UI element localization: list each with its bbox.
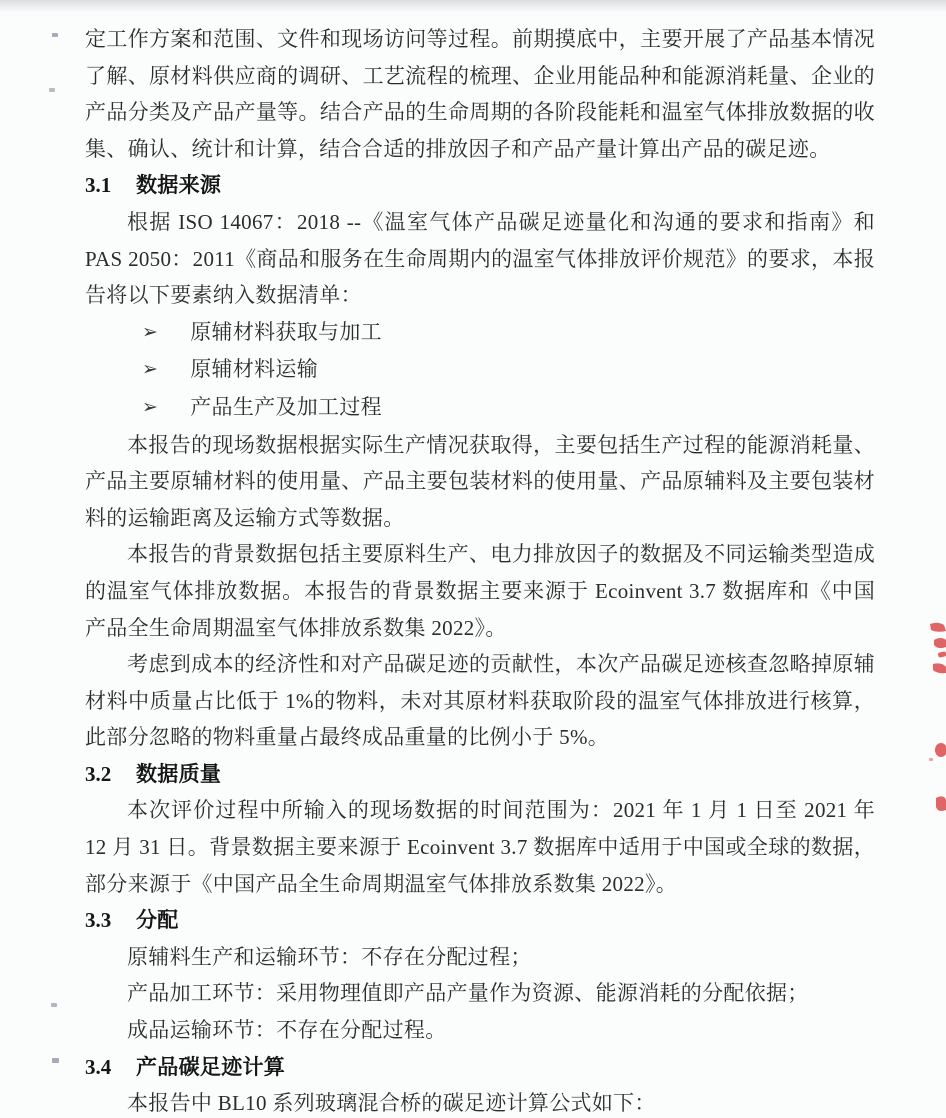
list-item-label: 产品生产及加工过程: [190, 395, 382, 419]
continued-paragraph: 定工作方案和范围、文件和现场访问等过程。前期摸底中，主要开展了产品基本情况了解、…: [85, 21, 875, 167]
section-number: 3.3: [85, 902, 115, 939]
paragraph: 本报告的现场数据根据实际生产情况获取得，主要包括生产过程的能源消耗量、产品主要原…: [85, 427, 875, 537]
paragraph: 本报告中 BL10 系列玻璃混合桥的碳足迹计算公式如下：: [85, 1085, 875, 1118]
list-item-label: 原辅材料运输: [190, 357, 318, 381]
list-item-label: 原辅材料获取与加工: [190, 320, 382, 344]
paragraph: 根据 ISO 14067：2018 --《温室气体产品碳足迹量化和沟通的要求和指…: [85, 204, 875, 314]
section-title: 数据质量: [136, 762, 221, 786]
allocation-line: 原辅料生产和运输环节：不存在分配过程；: [85, 939, 875, 976]
list-item: ➢产品生产及加工过程: [85, 389, 875, 427]
scan-speck: [52, 1058, 59, 1063]
arrow-bullet-icon: ➢: [142, 389, 158, 426]
allocation-line: 产品加工环节：采用物理值即产品产量作为资源、能源消耗的分配依据；: [85, 975, 875, 1012]
section-title: 数据来源: [136, 173, 221, 197]
section-heading-3-3: 3.3分配: [85, 902, 875, 939]
scanned-document-page: 定工作方案和范围、文件和现场访问等过程。前期摸底中，主要开展了产品基本情况了解、…: [0, 0, 946, 1118]
section-number: 3.2: [85, 756, 115, 793]
scan-speck: [49, 88, 55, 92]
section-heading-3-1: 3.1数据来源: [85, 167, 875, 204]
scan-edge-band: [0, 0, 946, 13]
paragraph: 本次评价过程中所输入的现场数据的时间范围为：2021 年 1 月 1 日至 20…: [85, 792, 875, 902]
section-number: 3.1: [85, 167, 115, 204]
paragraph: 考虑到成本的经济性和对产品碳足迹的贡献性，本次产品碳足迹核查忽略掉原辅材料中质量…: [85, 646, 875, 756]
paragraph: 本报告的背景数据包括主要原料生产、电力排放因子的数据及不同运输类型造成的温室气体…: [85, 536, 875, 646]
list-item: ➢原辅材料运输: [85, 351, 875, 389]
list-item: ➢原辅材料获取与加工: [85, 314, 875, 352]
scan-speck: [51, 1003, 57, 1007]
section-heading-3-4: 3.4产品碳足迹计算: [85, 1049, 875, 1086]
arrow-bullet-icon: ➢: [142, 351, 158, 388]
section-heading-3-2: 3.2数据质量: [85, 756, 875, 793]
section-number: 3.4: [85, 1049, 115, 1086]
arrow-bullet-icon: ➢: [142, 314, 158, 351]
section-title: 产品碳足迹计算: [136, 1055, 285, 1079]
allocation-line: 成品运输环节：不存在分配过程。: [85, 1012, 875, 1049]
section-title: 分配: [136, 908, 179, 932]
scan-speck: [52, 33, 58, 37]
document-text-block: 定工作方案和范围、文件和现场访问等过程。前期摸底中，主要开展了产品基本情况了解、…: [85, 21, 875, 1118]
